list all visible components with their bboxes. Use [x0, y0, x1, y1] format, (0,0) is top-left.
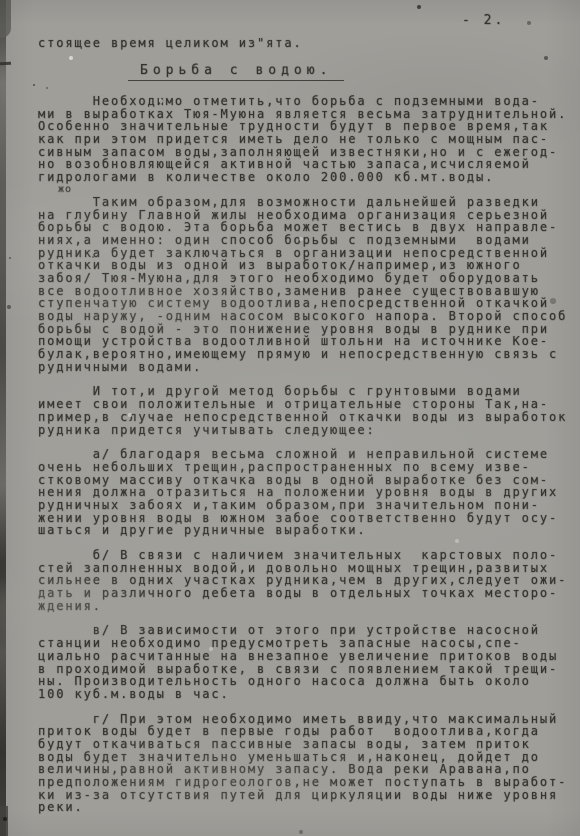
text-line: циально расчитанные на внезапное увеличе… — [38, 650, 578, 663]
text-line: гидрологами в количестве около 200.000 к… — [38, 171, 578, 184]
text-line: рудника придется учитывать следующее: — [38, 424, 578, 437]
text-line: ниях,а именно: один способ борьбы с подз… — [38, 234, 578, 247]
text-line: ки из-за отсутствия путей для циркуляции… — [38, 789, 578, 802]
text-line: предположениям гидрогеологов,не может по… — [38, 776, 578, 789]
paragraph: г/ При этом необходимо иметь ввиду,что м… — [38, 713, 578, 815]
scan-edge-left — [0, 0, 6, 836]
document-body: Необходимо отметить,что борьба с подземн… — [38, 95, 578, 826]
scan-corner-top-left — [0, 0, 11, 38]
text-line: воды наружу, -одним насосом высокого нап… — [38, 310, 578, 323]
text-line: имеет свои положительные и отрицательные… — [38, 398, 578, 411]
text-line: ждения. — [38, 600, 578, 613]
text-line: Таким образом,для возможности дальнейшей… — [38, 196, 578, 209]
continuation-line: стоящее время целиком из"ята. — [38, 36, 303, 50]
text-line: пример,в случае непосредственной откачки… — [38, 411, 578, 424]
text-line: б/ В связи с наличием значительных карст… — [38, 549, 578, 562]
text-line: булак,вероятно,имеющему прямую и непосре… — [38, 348, 578, 361]
page-number: - 2. — [462, 13, 505, 28]
text-line: 100 куб.м.воды в час. — [38, 688, 578, 701]
text-line: будут откачиваться пассивные запасы воды… — [38, 738, 578, 751]
text-line: борьбы с водою. Эта борьба может вестись… — [38, 221, 578, 234]
text-line: а/ благодаря весьма сложной и неправильн… — [38, 448, 578, 461]
paragraph: Необходимо отметить,что борьба с подземн… — [38, 95, 578, 184]
paragraph: И тот,и другой метод борьбы с грунтовыми… — [38, 385, 578, 436]
scan-corner-bottom-left — [0, 806, 8, 836]
section-heading-row: Борьба с водою. — [128, 59, 344, 81]
text-line: рудничными водами. — [38, 361, 578, 374]
paragraph: в/ В зависимости от этого при устройстве… — [38, 624, 578, 700]
paragraph: а/ благодаря весьма сложной и неправильн… — [38, 448, 578, 537]
text-line: ны. Производительность одного насоса дол… — [38, 675, 578, 688]
margin-dash-mark — [0, 62, 11, 66]
text-line: как при этом придется иметь дело не толь… — [38, 133, 578, 146]
paragraph: б/ В связи с наличием значительных карст… — [38, 549, 578, 612]
text-line: дать и различного дебета воды в отдельны… — [38, 587, 578, 600]
paragraph: Таким образом,для возможности дальнейшей… — [38, 196, 578, 374]
text-line: забоя/ Тюя-Муюна,для этого необходимо бу… — [38, 272, 578, 285]
section-heading: Борьба с водою. — [128, 63, 344, 81]
text-line: Необходимо отметить,что борьба с подземн… — [38, 95, 578, 108]
text-line: реки. — [38, 801, 578, 814]
text-line: станции необходимо предусмотреть запасны… — [38, 637, 578, 650]
scanned-page: - 2. стоящее время целиком из"ята. Борьб… — [0, 0, 580, 836]
text-line: очень небольших трещин,распространенных … — [38, 461, 578, 474]
text-line: рудничных забоях и,таким образом,при зна… — [38, 499, 578, 512]
text-line: шаться и другие рудничные выработки. — [38, 524, 578, 537]
